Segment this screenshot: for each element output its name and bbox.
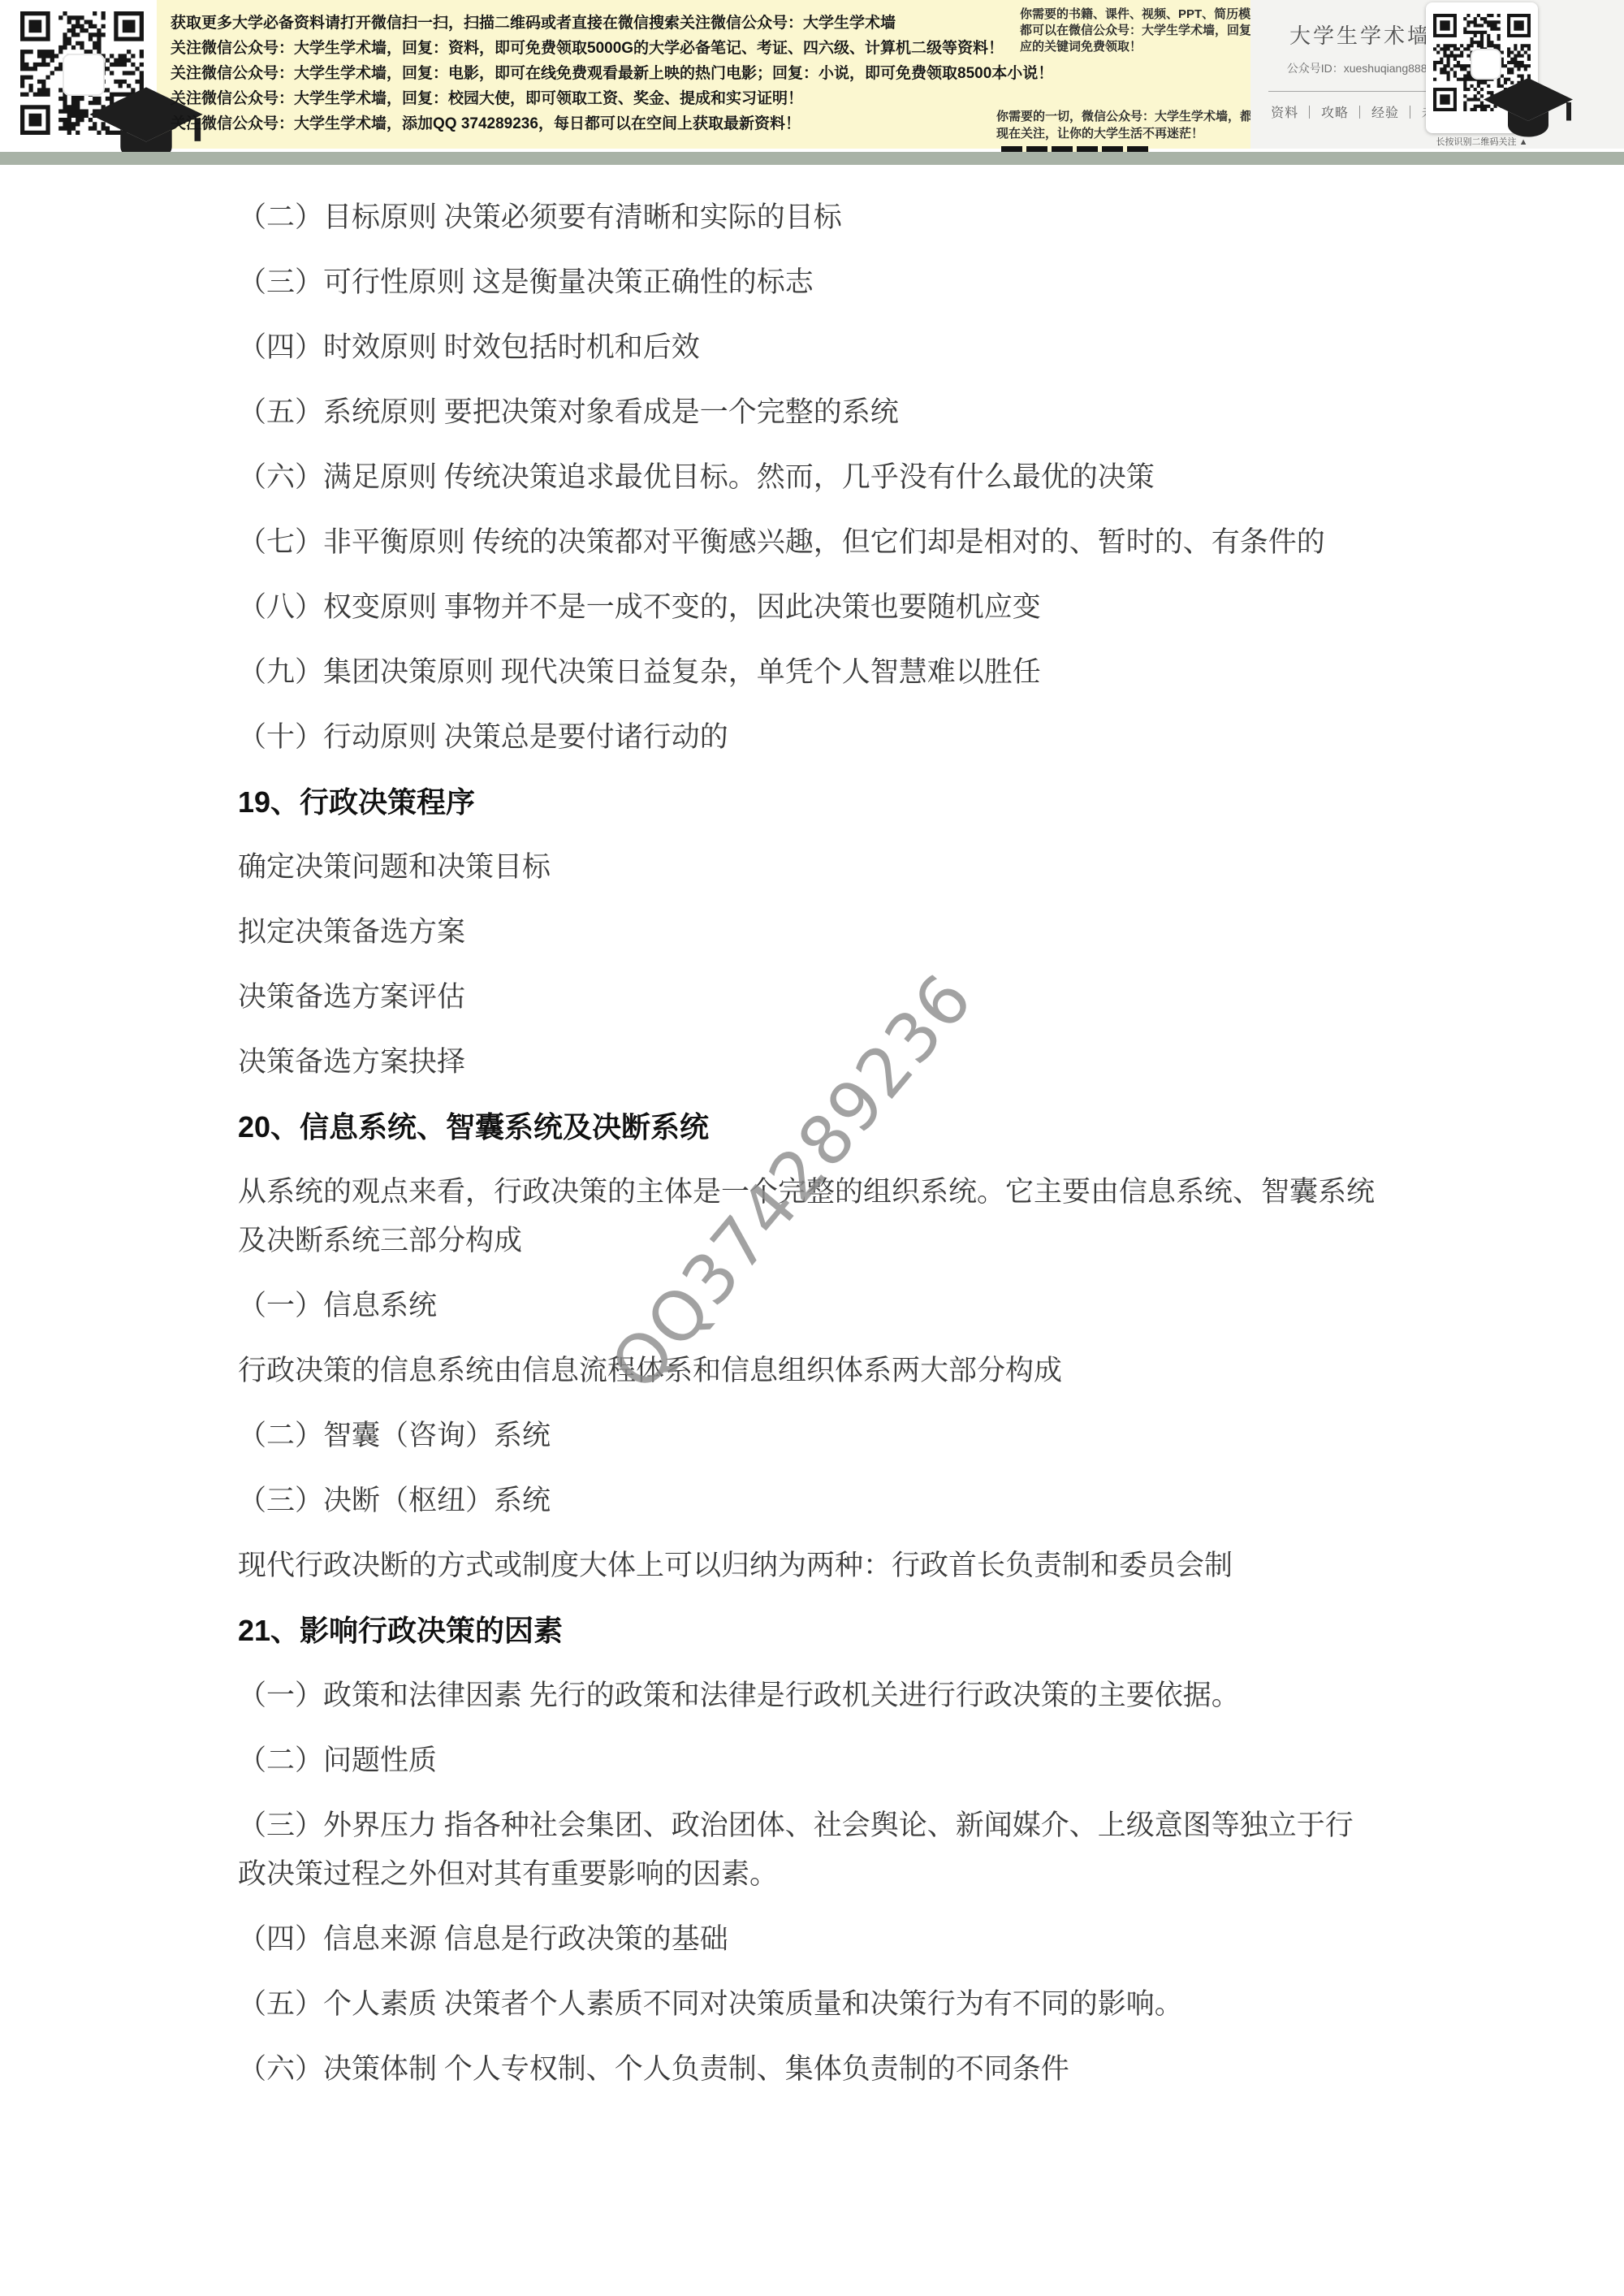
banner-text-lines: 获取更多大学必备资料请打开微信扫一扫，扫描二维码或者直接在微信搜索关注微信公众号… — [171, 11, 1053, 136]
paragraph: （二）智囊（咨询）系统 — [238, 1412, 1427, 1460]
paragraph: （一）信息系统 — [238, 1282, 1427, 1330]
paragraph: 决策备选方案评估 — [238, 973, 1427, 1022]
promo-text-line: 你需要的一切，微信公众号：大学生学术墙，都有！ — [996, 108, 1276, 125]
paragraph: 拟定决策备选方案 — [238, 908, 1427, 957]
paragraph: （三）外界压力 指各种社会集团、政治团体、社会舆论、新闻媒介、上级意图等独立于行… — [238, 1801, 1427, 1899]
paragraph: （六）决策体制 个人专权制、个人负责制、集体负责制的不同条件 — [238, 2045, 1427, 2094]
official-account-card: 大学生学术墙 公众号ID：xueshuqiang8888 资料 ｜ 攻略 ｜ 经… — [1250, 0, 1624, 149]
promo-text-line: 你需要的书籍、课件、视频、PPT、简历模板 — [1020, 6, 1263, 23]
paragraph: （二）目标原则 决策必须要有清晰和实际的目标 — [238, 193, 1427, 242]
page-edge-strip — [0, 152, 1624, 165]
banner-text-line: 关注微信公众号：大学生学术墙，回复：资料，即可免费领取5000G的大学必备笔记、… — [171, 36, 1053, 61]
card-divider — [1268, 91, 1436, 92]
paragraph: （十）行动原则 决策总是要付诸行动的 — [238, 713, 1427, 762]
paragraph: （八）权变原则 事物并不是一成不变的，因此决策也要随机应变 — [238, 583, 1427, 632]
qr-caption: 长按识别二维码关注 ▲ — [1419, 135, 1544, 148]
paragraph: 行政决策的信息系统由信息流程体系和信息组织体系两大部分构成 — [238, 1347, 1427, 1395]
paragraph: 19、行政决策程序 — [238, 778, 1427, 827]
qr-code-left — [0, 0, 157, 149]
promo-banner: 获取更多大学必备资料请打开微信扫一扫，扫描二维码或者直接在微信搜索关注微信公众号… — [0, 0, 1624, 149]
paragraph: （四）时效原则 时效包括时机和后效 — [238, 323, 1427, 372]
paragraph: （一）政策和法律因素 先行的政策和法律是行政机关进行行政决策的主要依据。 — [238, 1671, 1427, 1720]
paragraph: 现代行政决断的方式或制度大体上可以归纳为两种：行政首长负责制和委员会制 — [238, 1541, 1427, 1590]
paragraph: （三）可行性原则 这是衡量决策正确性的标志 — [238, 258, 1427, 307]
promo-box-top: 你需要的书籍、课件、视频、PPT、简历模板都可以在微信公众号：大学生学术墙，回复… — [1020, 6, 1263, 55]
promo-box-bottom: 你需要的一切，微信公众号：大学生学术墙，都有！现在关注，让你的大学生活不再迷茫！ — [996, 108, 1276, 142]
banner-text-line: 关注微信公众号：大学生学术墙，回复：电影，即可在线免费观看最新上映的热门电影；回… — [171, 61, 1053, 86]
paragraph: （九）集团决策原则 现代决策日益复杂，单凭个人智慧难以胜任 — [238, 648, 1427, 697]
graduation-cap-icon — [1471, 49, 1501, 80]
paragraph: （五）个人素质 决策者个人素质不同对决策质量和决策行为有不同的影响。 — [238, 1980, 1427, 2029]
paragraph: （四）信息来源 信息是行政决策的基础 — [238, 1915, 1427, 1964]
banner-text-line: 关注微信公众号：大学生学术墙，添加QQ 374289236，每日都可以在空间上获… — [171, 111, 1053, 136]
promo-text-line: 现在关注，让你的大学生活不再迷茫！ — [996, 125, 1276, 142]
banner-text-line: 获取更多大学必备资料请打开微信扫一扫，扫描二维码或者直接在微信搜索关注微信公众号… — [171, 11, 1053, 36]
paragraph: （五）系统原则 要把决策对象看成是一个完整的系统 — [238, 388, 1427, 437]
promo-text-line: 应的关键词免费领取！ — [1020, 39, 1263, 55]
paragraph: 21、影响行政决策的因素 — [238, 1606, 1427, 1655]
qr-code-right — [1426, 2, 1538, 133]
paragraph: （二）问题性质 — [238, 1736, 1427, 1785]
promo-text-line: 都可以在微信公众号：大学生学术墙，回复相 — [1020, 23, 1263, 39]
paragraph: （六）满足原则 传统决策追求最优目标。然而，几乎没有什么最优的决策 — [238, 453, 1427, 502]
graduation-cap-icon — [63, 54, 105, 96]
banner-text-line: 关注微信公众号：大学生学术墙，回复：校园大使，即可领取工资、奖金、提成和实习证明… — [171, 86, 1053, 111]
paragraph: 确定决策问题和决策目标 — [238, 843, 1427, 892]
paragraph: （三）决断（枢纽）系统 — [238, 1477, 1427, 1525]
paragraph: （七）非平衡原则 传统的决策都对平衡感兴趣，但它们却是相对的、暂时的、有条件的 — [238, 518, 1427, 567]
